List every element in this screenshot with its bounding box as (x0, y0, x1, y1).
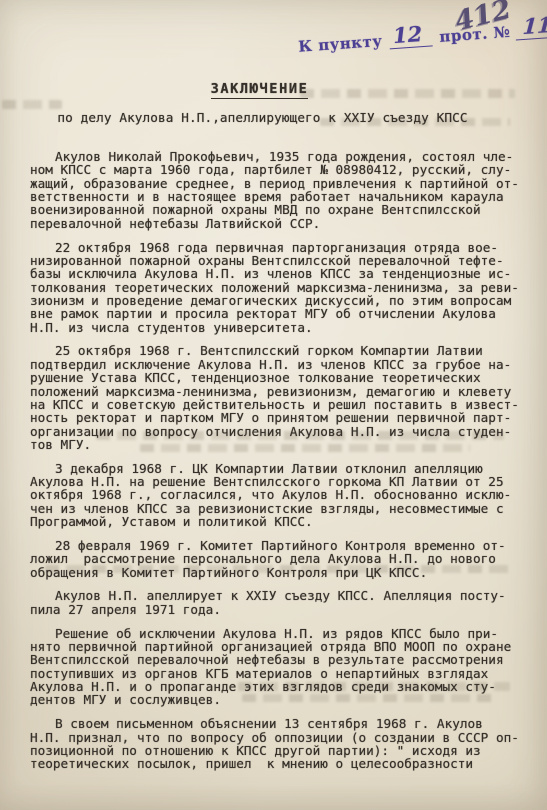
title-row: ЗАКЛЮЧЕНИЕ (7, 78, 512, 97)
paragraph: 22 октября 1968 года первичная парторган… (30, 241, 535, 334)
paragraph: 28 февраля 1969 г. Комитет Партийного Ко… (30, 539, 535, 579)
document-subtitle: по делу Акулова Н.П.,апеллирующего к ХХI… (10, 110, 515, 125)
paragraph: 3 декабря 1968 г. ЦК Компартии Латвии от… (30, 462, 535, 529)
paragraph: 25 октября 1968 г. Вентспилсский горком … (30, 344, 535, 451)
document-title: ЗАКЛЮЧЕНИЕ (211, 81, 309, 99)
paragraph: Акулов Н.П. апеллирует к ХХIУ съезду КПС… (30, 589, 535, 616)
paragraph: В своем письменном объяснении 13 сентябр… (30, 717, 535, 770)
paragraph: Решение об исключении Акулова Н.П. из ря… (30, 627, 535, 707)
document-body: ЗАКЛЮЧЕНИЕ по делу Акулова Н.П.,апеллиру… (30, 0, 535, 771)
document-paragraphs: Акулов Николай Прокофьевич, 1935 года ро… (30, 150, 535, 771)
scanned-document-page: К пункту 12 прот. № 11 412 ЗАКЛЮЧЕНИЕ по… (0, 0, 547, 810)
paragraph: Акулов Николай Прокофьевич, 1935 года ро… (30, 150, 535, 230)
